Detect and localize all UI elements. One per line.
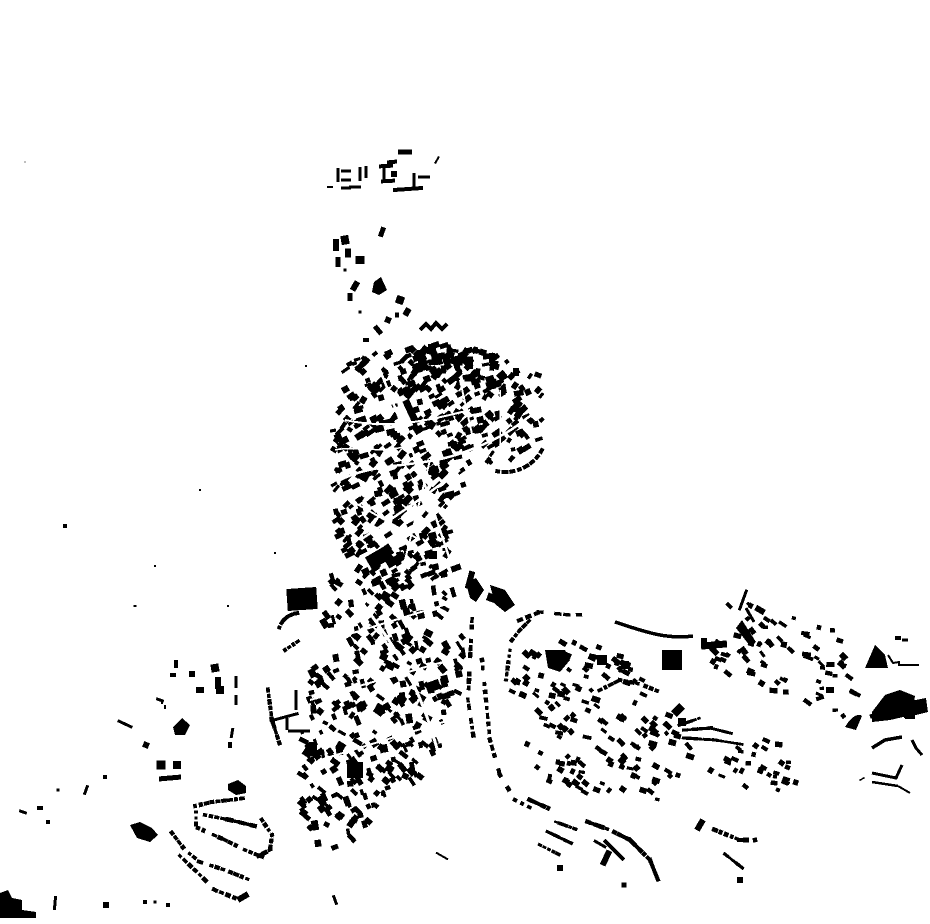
building bbox=[563, 613, 571, 617]
building bbox=[391, 171, 397, 177]
building bbox=[103, 902, 109, 908]
building bbox=[400, 680, 407, 687]
building bbox=[143, 900, 147, 904]
building bbox=[154, 565, 156, 567]
building bbox=[274, 552, 276, 554]
large-building bbox=[347, 762, 363, 778]
building bbox=[288, 730, 310, 733]
building bbox=[480, 657, 485, 662]
building bbox=[469, 624, 474, 629]
building bbox=[622, 883, 627, 888]
building bbox=[486, 713, 490, 719]
building bbox=[738, 749, 744, 753]
building bbox=[336, 257, 341, 267]
building bbox=[833, 708, 838, 712]
building bbox=[455, 357, 462, 364]
building bbox=[737, 838, 743, 842]
large-building bbox=[662, 650, 682, 670]
building bbox=[359, 167, 362, 181]
building bbox=[547, 774, 552, 779]
building bbox=[314, 839, 322, 847]
building bbox=[381, 179, 395, 184]
building bbox=[37, 806, 43, 810]
building bbox=[166, 903, 170, 907]
building bbox=[432, 375, 439, 378]
building bbox=[413, 173, 416, 189]
building bbox=[196, 687, 204, 693]
building bbox=[769, 688, 777, 694]
building bbox=[697, 737, 702, 740]
building bbox=[170, 673, 176, 677]
building bbox=[228, 798, 233, 802]
building bbox=[228, 742, 232, 748]
building bbox=[554, 612, 562, 616]
building bbox=[134, 605, 137, 607]
building bbox=[221, 798, 227, 803]
building bbox=[454, 365, 460, 371]
building bbox=[210, 800, 215, 805]
building bbox=[327, 186, 333, 188]
building bbox=[267, 699, 272, 705]
building bbox=[173, 761, 181, 769]
building bbox=[490, 363, 494, 367]
building bbox=[773, 774, 778, 778]
building bbox=[507, 654, 511, 658]
building bbox=[471, 379, 478, 384]
building bbox=[295, 690, 298, 710]
building bbox=[341, 179, 351, 182]
building bbox=[501, 470, 508, 474]
building bbox=[46, 820, 50, 824]
building bbox=[467, 359, 473, 369]
building bbox=[467, 686, 471, 691]
figure-ground-map bbox=[0, 0, 930, 924]
building bbox=[398, 150, 412, 155]
building bbox=[508, 648, 512, 652]
building bbox=[485, 706, 489, 710]
building bbox=[157, 761, 166, 770]
building bbox=[363, 338, 369, 342]
building bbox=[692, 737, 698, 741]
building bbox=[513, 368, 519, 376]
building bbox=[505, 665, 510, 671]
building bbox=[429, 551, 437, 559]
building bbox=[506, 660, 511, 664]
building bbox=[576, 613, 583, 617]
building bbox=[555, 759, 560, 765]
building bbox=[428, 344, 436, 352]
building bbox=[286, 718, 289, 730]
building bbox=[161, 700, 163, 704]
building bbox=[235, 676, 238, 688]
building bbox=[341, 170, 351, 173]
building bbox=[775, 741, 783, 747]
building bbox=[194, 816, 197, 819]
building bbox=[441, 709, 447, 715]
building bbox=[559, 761, 565, 767]
building bbox=[216, 686, 224, 694]
building bbox=[269, 711, 273, 717]
building bbox=[441, 693, 446, 700]
building bbox=[469, 645, 473, 651]
building bbox=[753, 837, 758, 842]
building bbox=[470, 617, 474, 623]
building bbox=[746, 761, 752, 766]
building bbox=[215, 799, 221, 803]
building bbox=[415, 351, 423, 359]
building bbox=[164, 705, 166, 709]
building bbox=[235, 695, 238, 705]
building bbox=[895, 636, 901, 640]
building bbox=[820, 666, 825, 670]
building bbox=[194, 822, 198, 827]
building bbox=[305, 365, 307, 367]
building bbox=[194, 810, 198, 813]
building bbox=[268, 705, 273, 710]
building bbox=[333, 239, 339, 251]
building bbox=[267, 694, 271, 699]
map-background bbox=[0, 0, 930, 924]
building bbox=[786, 761, 791, 765]
building bbox=[418, 176, 430, 179]
building bbox=[826, 687, 834, 693]
building bbox=[557, 865, 563, 871]
building bbox=[154, 901, 157, 904]
building bbox=[399, 692, 405, 697]
building bbox=[826, 662, 834, 667]
building bbox=[269, 838, 274, 843]
building bbox=[621, 661, 629, 669]
building bbox=[495, 469, 500, 474]
building bbox=[486, 721, 491, 726]
building bbox=[701, 638, 707, 648]
building bbox=[466, 678, 471, 685]
building bbox=[25, 162, 26, 163]
building bbox=[174, 660, 178, 668]
building bbox=[597, 655, 607, 665]
building bbox=[337, 168, 340, 182]
building bbox=[482, 682, 486, 686]
building bbox=[345, 249, 351, 258]
building bbox=[234, 797, 238, 802]
building bbox=[468, 652, 473, 659]
building bbox=[783, 689, 789, 694]
building bbox=[239, 796, 245, 800]
building bbox=[743, 838, 749, 843]
building bbox=[820, 687, 825, 691]
building bbox=[266, 687, 270, 693]
building bbox=[425, 657, 431, 663]
building bbox=[63, 524, 67, 528]
building bbox=[830, 628, 835, 633]
building bbox=[349, 186, 361, 189]
building bbox=[471, 731, 476, 738]
building bbox=[770, 780, 777, 785]
building bbox=[359, 311, 362, 314]
building bbox=[395, 313, 399, 318]
building bbox=[348, 599, 354, 607]
building bbox=[348, 293, 353, 301]
building bbox=[340, 235, 349, 245]
building bbox=[57, 789, 60, 792]
building bbox=[469, 639, 473, 644]
building bbox=[365, 166, 368, 178]
building bbox=[208, 814, 213, 819]
building bbox=[210, 663, 219, 672]
building bbox=[505, 671, 509, 676]
building bbox=[379, 164, 393, 169]
building bbox=[199, 489, 201, 491]
building bbox=[309, 742, 317, 754]
building bbox=[344, 269, 347, 272]
building bbox=[737, 877, 743, 883]
building bbox=[489, 353, 495, 363]
building bbox=[189, 671, 195, 677]
building bbox=[270, 833, 274, 838]
building bbox=[481, 665, 485, 670]
building bbox=[370, 640, 375, 645]
building bbox=[356, 256, 365, 264]
building bbox=[467, 671, 472, 676]
building bbox=[103, 775, 107, 779]
building bbox=[487, 729, 491, 734]
building bbox=[470, 726, 474, 730]
building bbox=[441, 365, 446, 370]
building bbox=[833, 674, 838, 678]
building bbox=[484, 697, 489, 702]
building bbox=[489, 367, 494, 371]
building bbox=[483, 689, 488, 694]
building bbox=[504, 678, 509, 681]
building bbox=[678, 718, 686, 726]
building bbox=[227, 605, 229, 607]
large-building bbox=[286, 587, 317, 611]
building bbox=[902, 639, 908, 642]
building bbox=[635, 681, 640, 685]
